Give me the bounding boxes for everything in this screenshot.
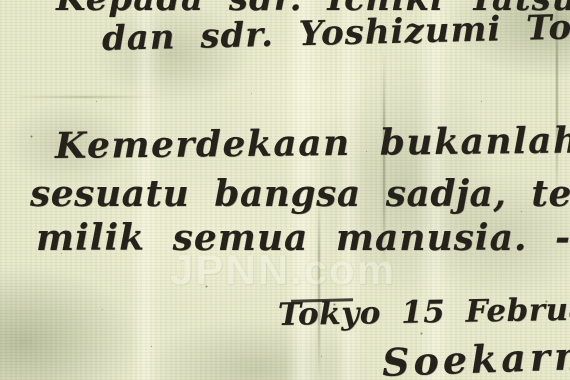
letter-photo: Kepada sdr. Ichiki Tatsuo dan sdr. Yoshi… (0, 0, 570, 380)
body-line-2: sesuatu bangsa sadja, tetapi (30, 176, 570, 212)
body-line-1: Kemerdekaan bukanlah milik (55, 121, 570, 164)
paper-specks (0, 0, 3, 3)
jpnn-watermark: JPNN.com (170, 246, 430, 294)
signature-soekarno: Soekarno (381, 336, 570, 380)
fold-crease-horizontal (10, 96, 160, 98)
dateline: Tokyo 15 Februari (278, 294, 570, 331)
